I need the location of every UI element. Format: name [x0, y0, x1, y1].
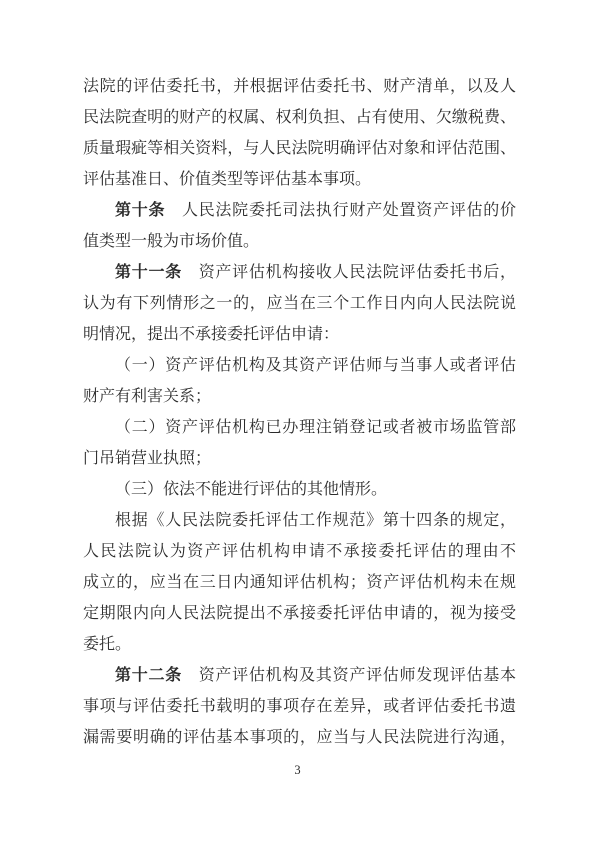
page-number: 3 [0, 762, 595, 778]
paragraph: 第十二条 资产评估机构及其资产评估师发现评估基本事项与评估委托书载明的事项存在差… [83, 660, 516, 753]
paragraph: （二）资产评估机构已办理注销登记或者被市场监管部门吊销营业执照； [83, 412, 516, 474]
text-run: 民法院查明的财产的权属、权利负担、占有使用、欠缴税费、 [83, 109, 516, 126]
paragraph: 第十一条 资产评估机构接收人民法院评估委托书后，认为有下列情形之一的，应当在三个… [83, 257, 516, 350]
paragraph: 法院的评估委托书，并根据评估委托书、财产清单，以及人民法院查明的财产的权属、权利… [83, 71, 516, 195]
text-run: 值类型一般为市场价值。 [83, 233, 259, 250]
text-run: 根据《人民法院委托评估工作规范》第十四条的规定， [115, 512, 516, 529]
document-page: 法院的评估委托书，并根据评估委托书、财产清单，以及人民法院查明的财产的权属、权利… [0, 0, 595, 841]
text-line: （三）依法不能进行评估的其他情形。 [83, 474, 516, 505]
article-number: 第十一条 [115, 264, 182, 281]
article-number: 第十二条 [115, 667, 182, 684]
text-run: 资产评估机构及其资产评估师发现评估基本 [182, 667, 516, 684]
document-body: 法院的评估委托书，并根据评估委托书、财产清单，以及人民法院查明的财产的权属、权利… [83, 71, 516, 753]
text-line: 认为有下列情形之一的，应当在三个工作日内向人民法院说 [83, 288, 516, 319]
text-line: 质量瑕疵等相关资料，与人民法院明确评估对象和评估范围、 [83, 133, 516, 164]
paragraph: 第十条 人民法院委托司法执行财产处置资产评估的价值类型一般为市场价值。 [83, 195, 516, 257]
text-line: 根据《人民法院委托评估工作规范》第十四条的规定， [83, 505, 516, 536]
text-line: 门吊销营业执照； [83, 443, 516, 474]
text-line: （二）资产评估机构已办理注销登记或者被市场监管部 [83, 412, 516, 443]
text-run: 财产有利害关系； [83, 388, 211, 405]
text-run: 漏需要明确的评估基本事项的，应当与人民法院进行沟通， [83, 729, 516, 746]
text-line: 人民法院认为资产评估机构申请不承接委托评估的理由不 [83, 536, 516, 567]
text-run: （二）资产评估机构已办理注销登记或者被市场监管部 [115, 419, 516, 436]
text-run: 定期限内向人民法院提出不承接委托评估申请的，视为接受 [83, 605, 516, 622]
text-run: 认为有下列情形之一的，应当在三个工作日内向人民法院说 [83, 295, 516, 312]
text-run: 明情况，提出不承接委托评估申请： [83, 326, 339, 343]
text-run: （一）资产评估机构及其资产评估师与当事人或者评估 [115, 357, 516, 374]
text-run: 评估基准日、价值类型等评估基本事项。 [83, 171, 371, 188]
text-line: 事项与评估委托书载明的事项存在差异，或者评估委托书遗 [83, 691, 516, 722]
text-run: 成立的，应当在三日内通知评估机构；资产评估机构未在规 [83, 574, 516, 591]
text-line: 财产有利害关系； [83, 381, 516, 412]
text-run: 质量瑕疵等相关资料，与人民法院明确评估对象和评估范围、 [83, 140, 516, 157]
text-run: 委托。 [83, 636, 131, 653]
text-line: 第十二条 资产评估机构及其资产评估师发现评估基本 [83, 660, 516, 691]
text-run: 资产评估机构接收人民法院评估委托书后， [182, 264, 516, 281]
text-line: 定期限内向人民法院提出不承接委托评估申请的，视为接受 [83, 598, 516, 629]
text-line: 第十一条 资产评估机构接收人民法院评估委托书后， [83, 257, 516, 288]
paragraph: （三）依法不能进行评估的其他情形。 [83, 474, 516, 505]
text-line: 委托。 [83, 629, 516, 660]
text-run: 事项与评估委托书载明的事项存在差异，或者评估委托书遗 [83, 698, 516, 715]
text-line: 法院的评估委托书，并根据评估委托书、财产清单，以及人 [83, 71, 516, 102]
text-run: （三）依法不能进行评估的其他情形。 [115, 481, 387, 498]
paragraph: （一）资产评估机构及其资产评估师与当事人或者评估财产有利害关系； [83, 350, 516, 412]
text-line: 成立的，应当在三日内通知评估机构；资产评估机构未在规 [83, 567, 516, 598]
text-line: 民法院查明的财产的权属、权利负担、占有使用、欠缴税费、 [83, 102, 516, 133]
text-line: 第十条 人民法院委托司法执行财产处置资产评估的价 [83, 195, 516, 226]
paragraph: 根据《人民法院委托评估工作规范》第十四条的规定，人民法院认为资产评估机构申请不承… [83, 505, 516, 660]
text-run: 法院的评估委托书，并根据评估委托书、财产清单，以及人 [83, 78, 516, 95]
text-line: 值类型一般为市场价值。 [83, 226, 516, 257]
text-line: 评估基准日、价值类型等评估基本事项。 [83, 164, 516, 195]
article-number: 第十条 [115, 202, 165, 219]
text-line: （一）资产评估机构及其资产评估师与当事人或者评估 [83, 350, 516, 381]
text-line: 明情况，提出不承接委托评估申请： [83, 319, 516, 350]
text-run: 门吊销营业执照； [83, 450, 211, 467]
text-run: 人民法院认为资产评估机构申请不承接委托评估的理由不 [83, 543, 516, 560]
text-line: 漏需要明确的评估基本事项的，应当与人民法院进行沟通， [83, 722, 516, 753]
text-run: 人民法院委托司法执行财产处置资产评估的价 [165, 202, 516, 219]
